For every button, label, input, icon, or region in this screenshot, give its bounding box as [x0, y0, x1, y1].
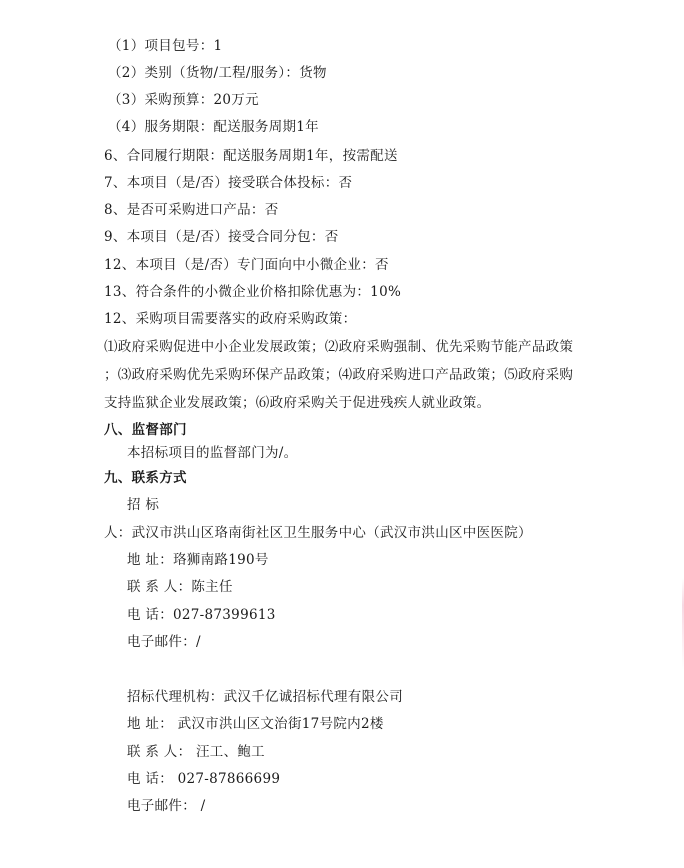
item-contract-period: 6、合同履行期限：配送服务周期1年，按需配送 — [104, 147, 398, 165]
item-imports: 8、是否可采购进口产品：否 — [104, 201, 279, 219]
item-policies-heading: 12、采购项目需要落实的政府采购政策： — [104, 310, 356, 328]
item-subcontract: 9、本项目（是/否）接受合同分包：否 — [104, 228, 339, 246]
agency-contact: 联 系 人： 汪工、鲍工 — [127, 743, 265, 761]
tenderer-address: 地 址：珞狮南路190号 — [127, 551, 269, 569]
agency-phone: 电 话： 027-87866699 — [127, 770, 280, 788]
policy-line-3: 支持监狱企业发展政策；⑹政府采购关于促进残疾人就业政策。 — [104, 394, 490, 412]
package-number: （1）项目包号：1 — [108, 37, 222, 55]
item-sme-dedicated: 12、本项目（是/否）专门面向中小微企业：否 — [104, 256, 389, 274]
item-consortium: 7、本项目（是/否）接受联合体投标：否 — [104, 174, 352, 192]
tenderer-name: 人：武汉市洪山区珞南街社区卫生服务中心（武汉市洪山区中医医院） — [104, 524, 532, 542]
item-sme-discount: 13、符合条件的小微企业价格扣除优惠为：10% — [104, 283, 401, 301]
tenderer-email: 电子邮件：/ — [127, 633, 201, 651]
policy-line-1: ⑴政府采购促进中小企业发展政策；⑵政府采购强制、优先采购节能产品政策 — [104, 338, 573, 356]
section-8-body: 本招标项目的监督部门为/。 — [127, 444, 297, 462]
agency-name: 招标代理机构：武汉千亿诚招标代理有限公司 — [127, 688, 403, 706]
package-service-period: （4）服务期限：配送服务周期1年 — [108, 118, 319, 136]
policy-line-2: ；⑶政府采购优先采购环保产品政策；⑷政府采购进口产品政策；⑸政府采购 — [104, 366, 573, 384]
section-9-heading: 九、联系方式 — [104, 469, 187, 487]
package-budget: （3）采购预算：20万元 — [108, 91, 259, 109]
tenderer-phone: 电 话：027-87399613 — [127, 606, 276, 624]
section-8-heading: 八、监督部门 — [104, 421, 187, 439]
agency-address: 地 址： 武汉市洪山区文治街17号院内2楼 — [127, 715, 384, 733]
tenderer-label: 招 标 — [127, 496, 159, 514]
agency-email: 电子邮件： / — [127, 797, 205, 815]
package-category: （2）类别（货物/工程/服务）：货物 — [108, 64, 327, 82]
tenderer-contact: 联 系 人：陈主任 — [127, 578, 233, 596]
